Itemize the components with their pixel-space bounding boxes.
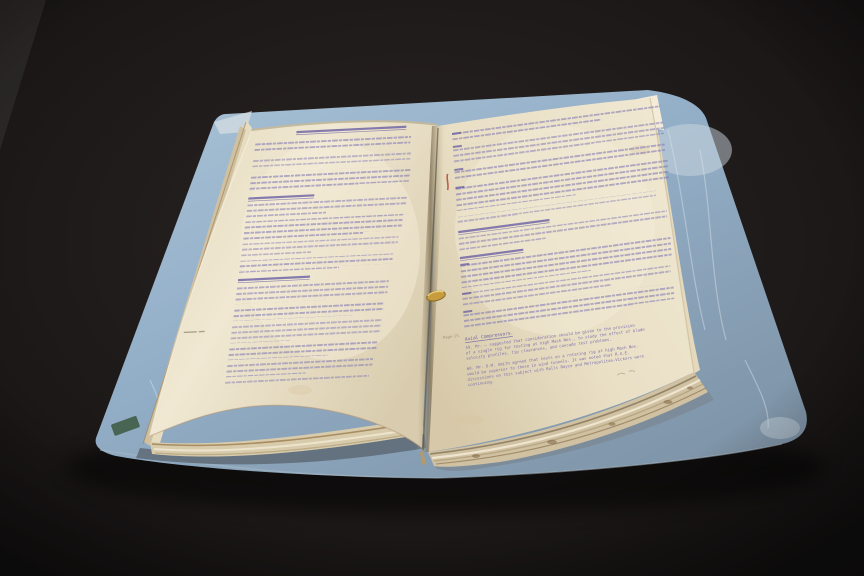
photo-canvas: Page 15. Axial Compressors. 59. Mr. — su… — [0, 0, 864, 576]
photo: Page 15. Axial Compressors. 59. Mr. — su… — [0, 0, 864, 576]
vignette — [0, 0, 864, 576]
